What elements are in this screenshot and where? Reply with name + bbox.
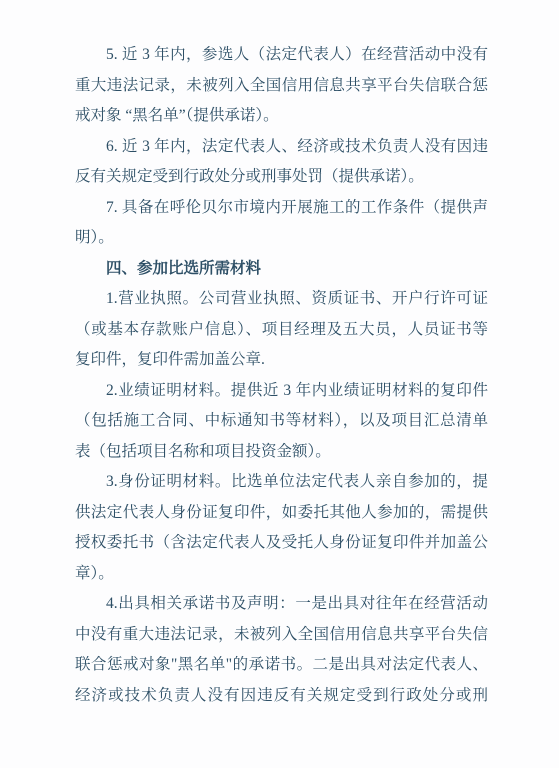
document-line: 复印件，复印件需加盖公章. — [75, 345, 488, 376]
document-line: 联合惩戒对象"黑名单"的承诺书。二是出具对法定代表人、 — [75, 650, 488, 681]
document-line: 5. 近 3 年内，参选人（法定代表人）在经营活动中没有 — [75, 40, 488, 71]
document-line: 戒对象 “黑名单”（提供承诺）。 — [75, 101, 488, 132]
document-line: 2.业绩证明材料。提供近 3 年内业绩证明材料的复印件 — [75, 376, 488, 407]
document-line: 7. 具备在呼伦贝尔市境内开展施工的工作条件（提供声 — [75, 193, 488, 224]
document-line: 经济或技术负责人没有因违反有关规定受到行政处分或刑 — [75, 681, 488, 712]
document-content: 5. 近 3 年内，参选人（法定代表人）在经营活动中没有重大违法记录，未被列入全… — [75, 40, 488, 711]
document-line: 授权委托书（含法定代表人及受托人身份证复印件并加盖公 — [75, 528, 488, 559]
document-line: 明）。 — [75, 223, 488, 254]
document-line: 1.营业执照。公司营业执照、资质证书、开户行许可证 — [75, 284, 488, 315]
document-line: 6. 近 3 年内，法定代表人、经济或技术负责人没有因违 — [75, 132, 488, 163]
section-heading: 四、参加比选所需材料 — [75, 254, 488, 285]
document-page: 5. 近 3 年内，参选人（法定代表人）在经营活动中没有重大违法记录，未被列入全… — [0, 0, 559, 768]
document-line: 章）。 — [75, 559, 488, 590]
document-line: 3.身份证明材料。比选单位法定代表人亲自参加的，提 — [75, 467, 488, 498]
document-line: 供法定代表人身份证复印件，如委托其他人参加的，需提供 — [75, 498, 488, 529]
document-line: 表（包括项目名称和项目投资金额）。 — [75, 437, 488, 468]
document-line: 中没有重大违法记录，未被列入全国信用信息共享平台失信 — [75, 620, 488, 651]
document-line: （或基本存款账户信息）、项目经理及五大员，人员证书等 — [75, 315, 488, 346]
document-line: 反有关规定受到行政处分或刑事处罚（提供承诺）。 — [75, 162, 488, 193]
document-line: 重大违法记录，未被列入全国信用信息共享平台失信联合惩 — [75, 71, 488, 102]
document-line: （包括施工合同、中标通知书等材料），以及项目汇总清单 — [75, 406, 488, 437]
document-line: 4.出具相关承诺书及声明：一是出具对往年在经营活动 — [75, 589, 488, 620]
